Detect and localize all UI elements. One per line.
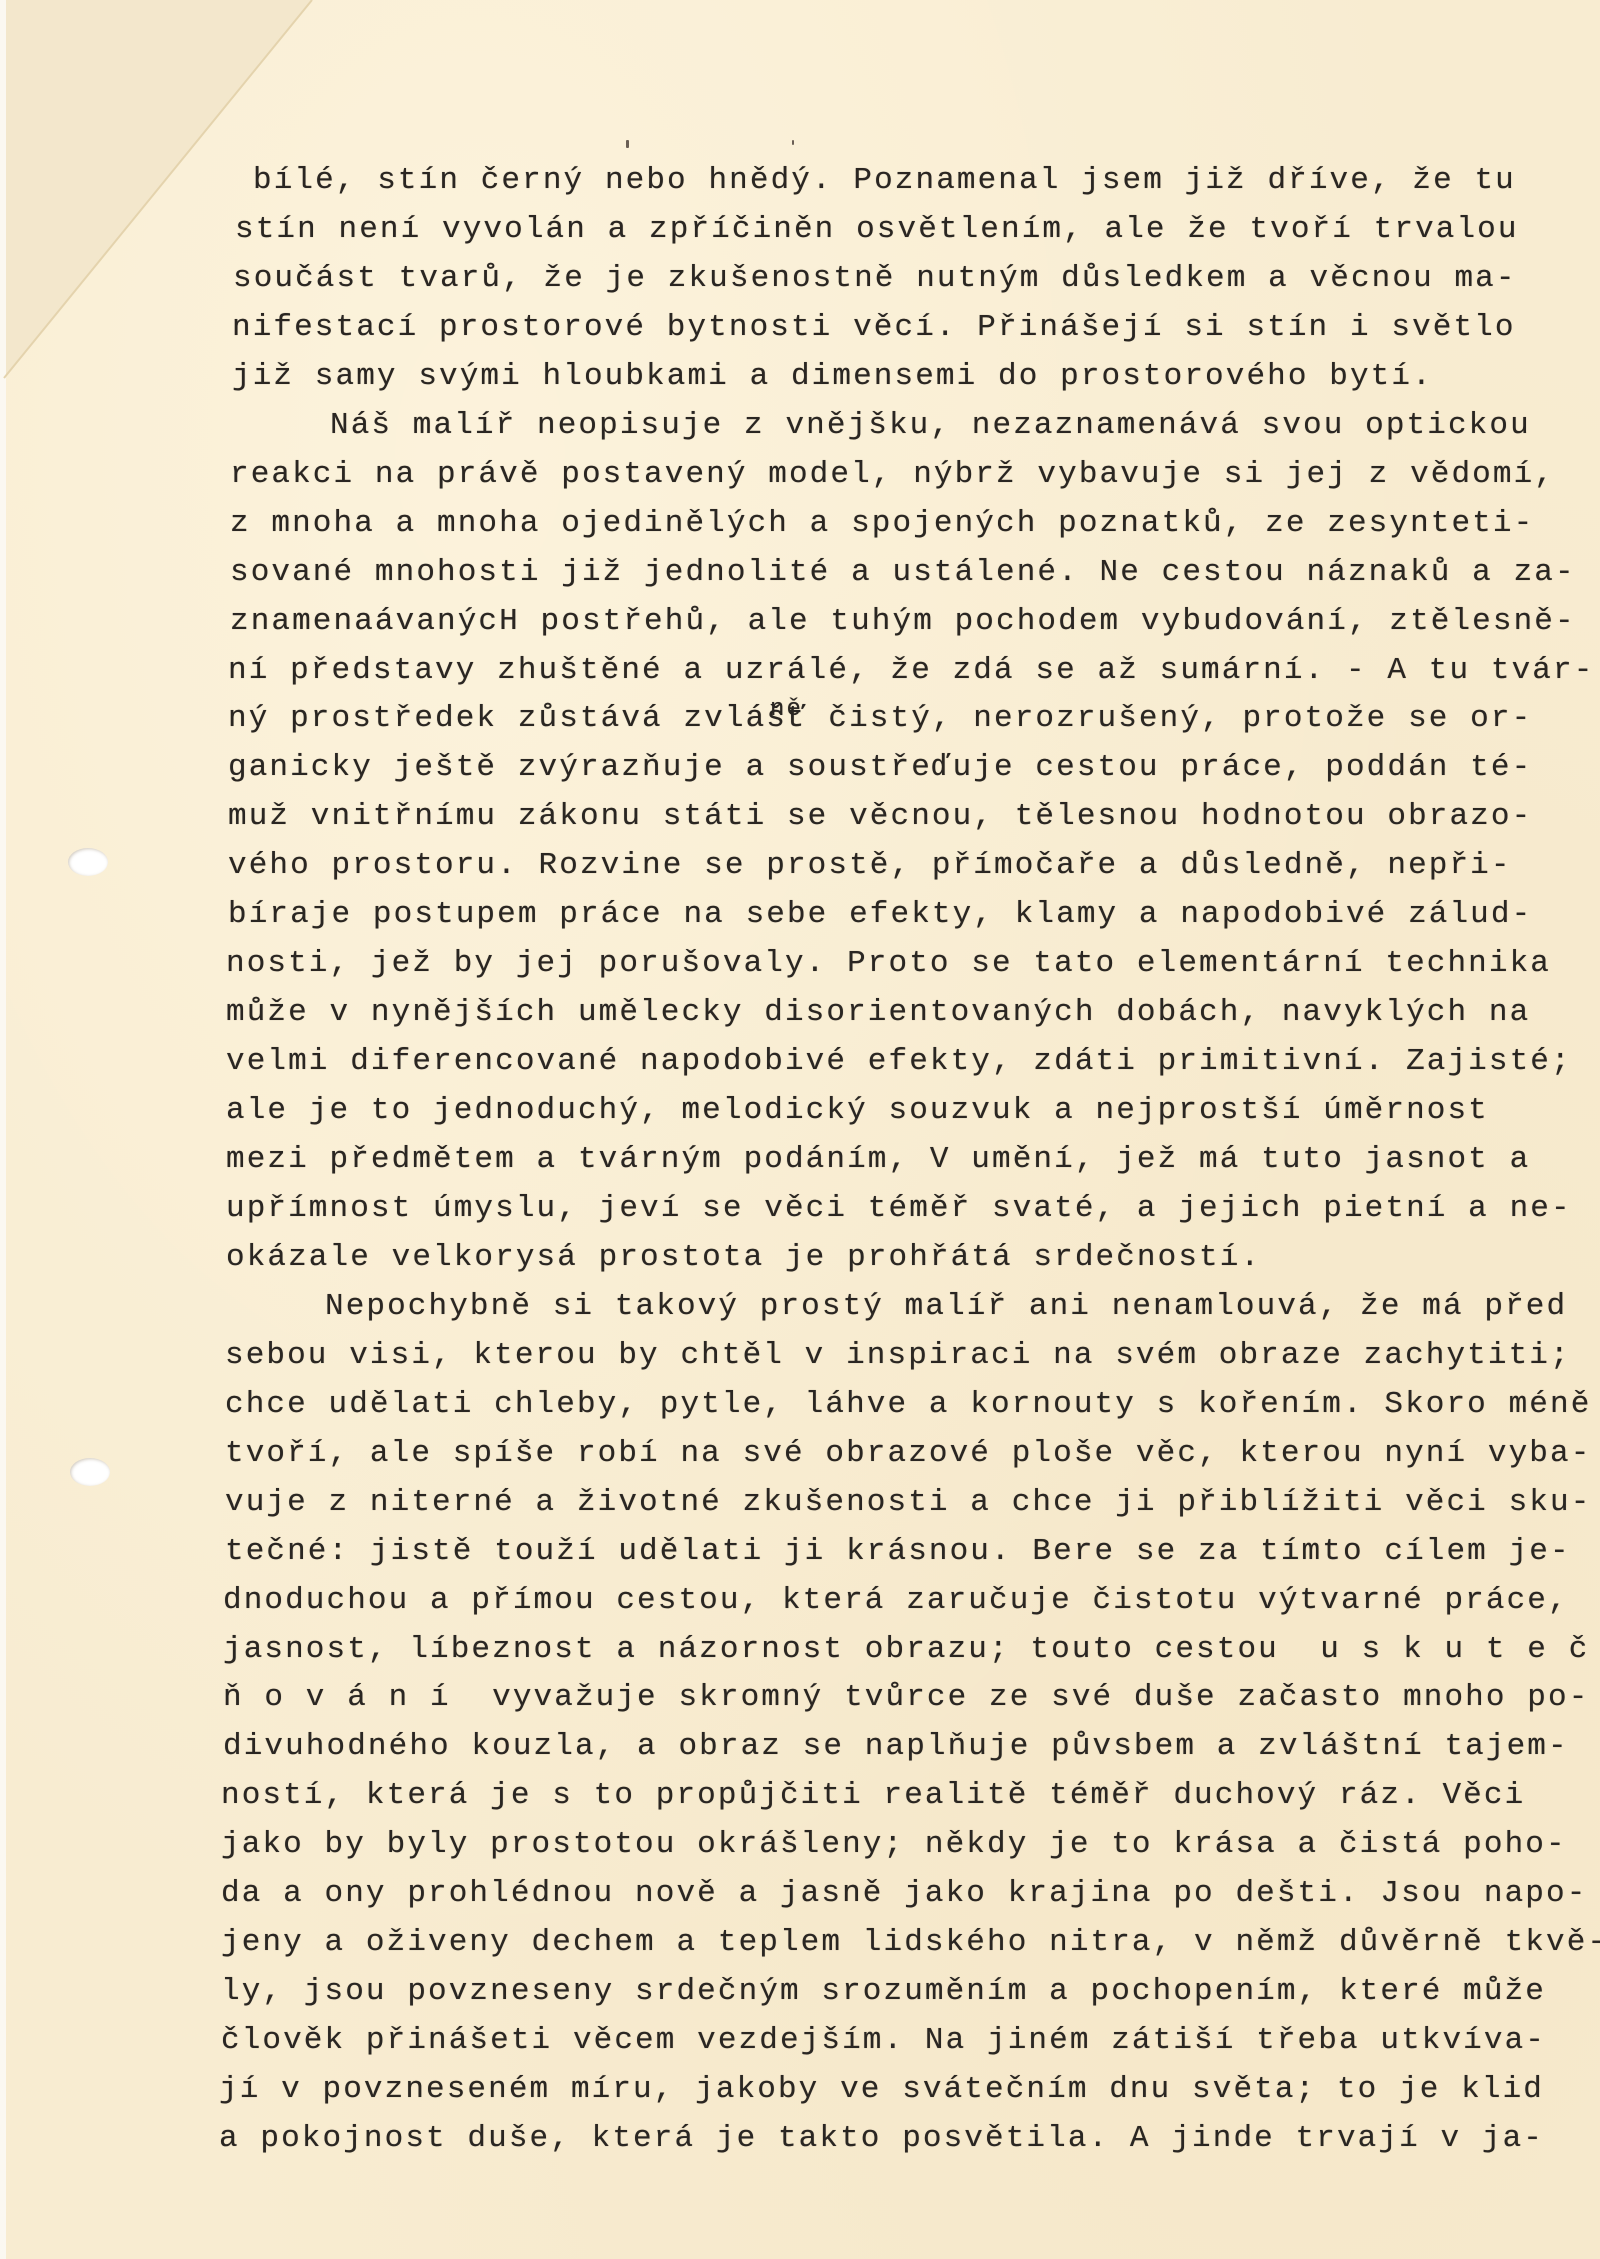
interlinear-correction: ně	[770, 690, 803, 730]
text-line: vého prostoru. Rozvine se prostě, přímoč…	[228, 846, 1512, 886]
punch-hole-lower	[70, 1458, 110, 1486]
text-line: vuje z niterné a životné zkušenosti a ch…	[225, 1483, 1591, 1523]
text-line: muž vnitřnímu zákonu státi se věcnou, tě…	[228, 797, 1532, 837]
text-line: upřímnost úmyslu, jeví se věci téměř sva…	[226, 1189, 1572, 1229]
text-line: člověk přinášeti věcem vezdejším. Na jin…	[221, 2021, 1546, 2061]
text-line: znamenaávanýcH postřehů, ale tuhým pocho…	[230, 602, 1576, 642]
text-line: sebou visi, kterou by chtěl v inspiraci …	[225, 1336, 1571, 1376]
text-line: reakci na právě postavený model, nýbrž v…	[230, 455, 1555, 495]
text-line: ň o v á n í vyvažuje skromný tvůrce ze s…	[223, 1678, 1589, 1718]
stray-ink-mark	[792, 140, 794, 145]
text-line: ný prostředek zůstává zvlášť čistý, nero…	[228, 699, 1532, 739]
text-line: Nepochybně si takový prostý malíř ani ne…	[325, 1287, 1567, 1327]
text-line: stín není vyvolán a zpříčiněn osvětlením…	[235, 210, 1519, 250]
text-line: ní představy zhuštěné a uzrálé, že zdá s…	[228, 651, 1594, 691]
text-line: da a ony prohlédnou nově a jasně jako kr…	[221, 1874, 1587, 1914]
text-line: jasnost, líbeznost a názornost obrazu; t…	[223, 1630, 1600, 1670]
text-line: z mnoha a mnoha ojedinělých a spojených …	[230, 504, 1534, 544]
text-line: bílé, stín černý nebo hnědý. Poznamenal …	[253, 161, 1516, 201]
text-line: nosti, jež by jej porušovaly. Proto se t…	[226, 944, 1551, 984]
text-line: velmi diferencované napodobivé efekty, z…	[226, 1042, 1572, 1082]
text-line: ností, která je s to propůjčiti realitě …	[221, 1776, 1525, 1816]
text-line: jí v povzneseném míru, jakoby ve svátečn…	[219, 2070, 1544, 2110]
text-line: tečné: jistě touží udělati ji krásnou. B…	[225, 1532, 1571, 1572]
text-line: sované mnohosti již jednolité a ustálené…	[230, 553, 1576, 593]
text-line: ale je to jednoduchý, melodický souzvuk …	[226, 1091, 1489, 1131]
text-line: součást tvarů, že je zkušenostně nutným …	[233, 259, 1517, 299]
punch-hole-upper	[68, 848, 108, 876]
text-line: jeny a oživeny dechem a teplem lidského …	[221, 1923, 1600, 1963]
text-line: chce udělati chleby, pytle, láhve a korn…	[225, 1385, 1591, 1425]
text-line: nifestací prostorové bytnosti věcí. Přin…	[232, 308, 1516, 348]
text-line: ganicky ještě zvýrazňuje a soustřeďuje c…	[228, 748, 1532, 788]
page-left-edge	[0, 0, 6, 2259]
text-line: okázale velkorysá prostota je prohřátá s…	[226, 1238, 1261, 1278]
text-line: mezi předmětem a tvárným podáním, V uměn…	[226, 1140, 1530, 1180]
stray-ink-mark	[626, 140, 629, 148]
text-line: dnoduchou a přímou cestou, která zaručuj…	[223, 1581, 1569, 1621]
text-line: divuhodného kouzla, a obraz se naplňuje …	[223, 1727, 1569, 1767]
text-line: ly, jsou povzneseny srdečným srozuměním …	[221, 1972, 1546, 2012]
text-line: může v nynějších umělecky disorientovaný…	[226, 993, 1530, 1033]
text-line: Náš malíř neopisuje z vnějšku, nezazname…	[330, 406, 1531, 446]
text-line: a pokojnost duše, která je takto posvěti…	[219, 2119, 1544, 2159]
text-line: již samy svými hloubkami a dimensemi do …	[232, 357, 1433, 397]
text-line: bíraje postupem práce na sebe efekty, kl…	[228, 895, 1532, 935]
text-line: tvoří, ale spíše robí na své obrazové pl…	[225, 1434, 1591, 1474]
text-line: jako by byly prostotou okrášleny; někdy …	[221, 1825, 1567, 1865]
